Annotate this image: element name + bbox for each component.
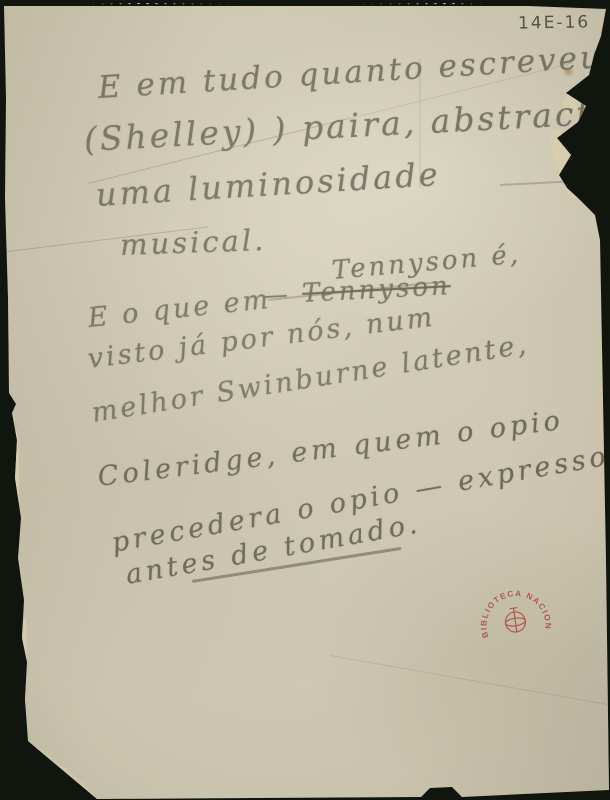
perforated-top-edge [2, 0, 608, 9]
torn-edge [545, 127, 584, 201]
torn-edge [18, 736, 96, 800]
armillary-sphere-emblem [504, 607, 527, 634]
handwritten-line-3: uma luminosidade [95, 155, 442, 214]
handwritten-line-4: musical. [119, 223, 266, 262]
archival-number: 14E-16 [518, 12, 590, 33]
crease [330, 655, 610, 706]
library-stamp: BIBLIOTECA NACIONAL [473, 577, 557, 661]
torn-edge [13, 430, 19, 522]
torn-edge [17, 618, 29, 750]
scanned-manuscript-photo: 14E-16 E em tudo quanto escreveu (Shelle… [0, 0, 610, 800]
paper-sheet: 14E-16 E em tudo quanto escreveu (Shelle… [0, 0, 610, 800]
stamp-graphic: BIBLIOTECA NACIONAL [473, 577, 557, 661]
pen-flourish [500, 179, 588, 186]
stain [569, 176, 584, 189]
